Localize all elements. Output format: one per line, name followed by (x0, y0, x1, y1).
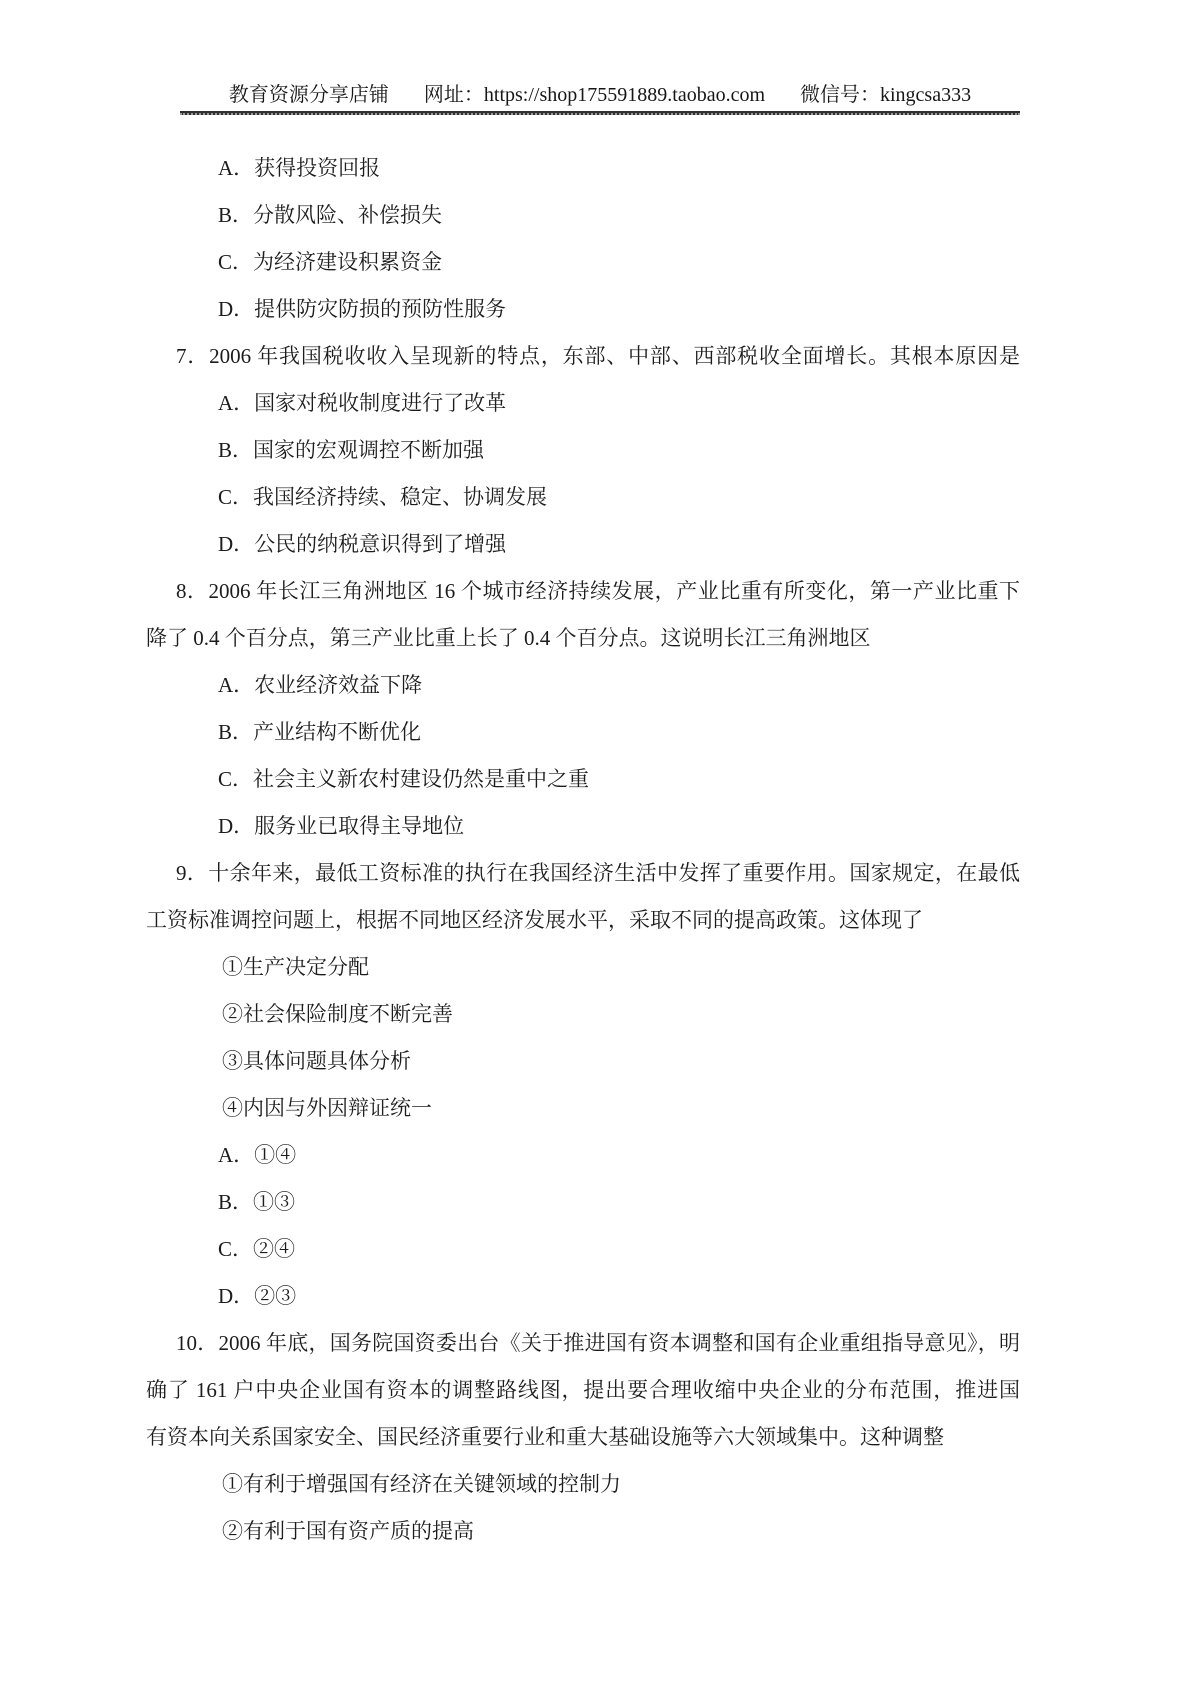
q8-option-b: B．产业结构不断优化 (0, 709, 1200, 756)
q8-stem-line1: 8．2006 年长江三角洲地区 16 个城市经济持续发展，产业比重有所变化，第一… (0, 568, 1200, 615)
q6-option-d: D．提供防灾防损的预防性服务 (0, 286, 1200, 333)
q9-stem-line1: 9．十余年来，最低工资标准的执行在我国经济生活中发挥了重要作用。国家规定，在最低 (0, 850, 1200, 897)
q10-stem-line2: 确了 161 户中央企业国有资本的调整路线图，提出要合理收缩中央企业的分布范围，… (0, 1367, 1200, 1414)
q7-stem: 7．2006 年我国税收收入呈现新的特点，东部、中部、西部税收全面增长。其根本原… (0, 333, 1200, 380)
shop-name: 教育资源分享店铺 (229, 84, 389, 107)
q7-option-a: A．国家对税收制度进行了改革 (0, 380, 1200, 427)
q9-option-d: D．②③ (0, 1273, 1200, 1320)
exam-document-page: 教育资源分享店铺 网址：https://shop175591889.taobao… (0, 0, 1200, 1698)
q10-item-1: ①有利于增强国有经济在关键领域的控制力 (0, 1461, 1200, 1508)
wechat-segment: 微信号：kingcsa333 (800, 84, 971, 107)
q10-stem-line3: 有资本向关系国家安全、国民经济重要行业和重大基础设施等六大领域集中。这种调整 (0, 1414, 1200, 1461)
q9-option-b: B．①③ (0, 1179, 1200, 1226)
q6-option-b: B．分散风险、补偿损失 (0, 192, 1200, 239)
q9-item-1: ①生产决定分配 (0, 944, 1200, 991)
site-url: https://shop175591889.taobao.com (484, 84, 765, 106)
header-divider-line (180, 111, 1020, 115)
q9-item-4: ④内因与外因辩证统一 (0, 1085, 1200, 1132)
wechat-label: 微信号： (800, 84, 880, 106)
page-header: 教育资源分享店铺 网址：https://shop175591889.taobao… (180, 0, 1020, 115)
site-url-segment: 网址：https://shop175591889.taobao.com (424, 84, 765, 107)
q9-option-c: C．②④ (0, 1226, 1200, 1273)
q10-stem-line1: 10．2006 年底，国务院国资委出台《关于推进国有资本调整和国有企业重组指导意… (0, 1320, 1200, 1367)
q8-option-d: D．服务业已取得主导地位 (0, 803, 1200, 850)
document-body: A．获得投资回报 B．分散风险、补偿损失 C．为经济建设积累资金 D．提供防灾防… (0, 145, 1200, 1555)
q7-option-b: B．国家的宏观调控不断加强 (0, 427, 1200, 474)
q9-item-2: ②社会保险制度不断完善 (0, 991, 1200, 1038)
q7-option-c: C．我国经济持续、稳定、协调发展 (0, 474, 1200, 521)
q6-option-c: C．为经济建设积累资金 (0, 239, 1200, 286)
q9-item-3: ③具体问题具体分析 (0, 1038, 1200, 1085)
wechat-id: kingcsa333 (880, 84, 971, 106)
q9-option-a: A．①④ (0, 1132, 1200, 1179)
q6-option-a: A．获得投资回报 (0, 145, 1200, 192)
header-text: 教育资源分享店铺 网址：https://shop175591889.taobao… (180, 0, 1020, 107)
site-url-label: 网址： (424, 84, 484, 106)
q8-option-a: A．农业经济效益下降 (0, 662, 1200, 709)
q7-option-d: D．公民的纳税意识得到了增强 (0, 521, 1200, 568)
q8-stem-line2: 降了 0.4 个百分点，第三产业比重上长了 0.4 个百分点。这说明长江三角洲地… (0, 615, 1200, 662)
q10-item-2: ②有利于国有资产质的提高 (0, 1508, 1200, 1555)
q8-option-c: C．社会主义新农村建设仍然是重中之重 (0, 756, 1200, 803)
q9-stem-line2: 工资标准调控问题上，根据不同地区经济发展水平，采取不同的提高政策。这体现了 (0, 897, 1200, 944)
